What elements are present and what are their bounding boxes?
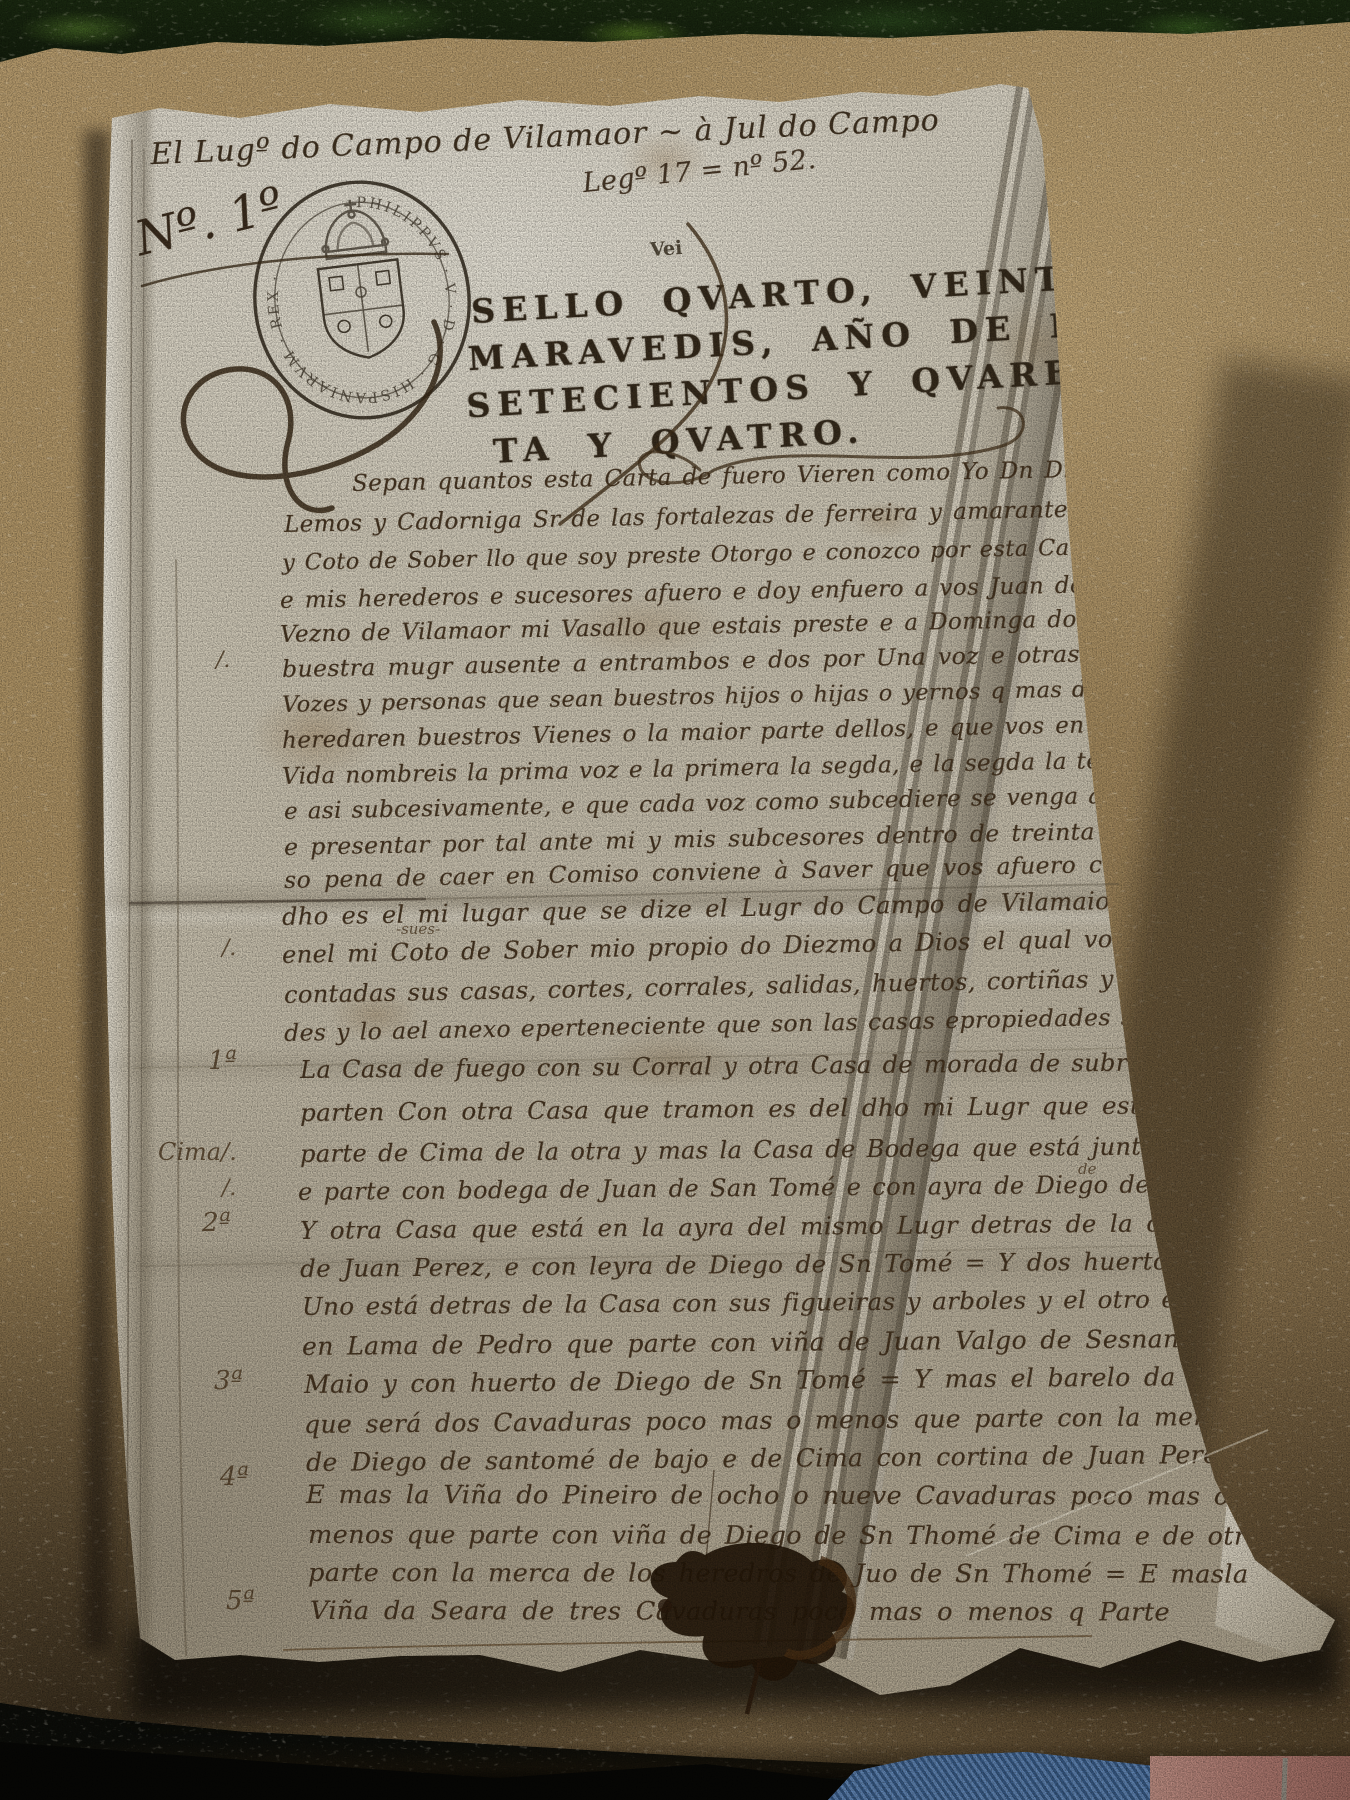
manuscript-line: Y otra Casa que está en la ayra del mism… — [300, 1208, 1204, 1245]
margin-mark: 1ª — [208, 1046, 237, 1076]
manuscript-line: Viña da Seara de tres Cavaduras poco mas… — [310, 1596, 1170, 1628]
margin-mark: 5ª — [226, 1586, 255, 1616]
interlinear-note: de — [1078, 1160, 1096, 1178]
margin-mark: 2ª — [202, 1208, 231, 1238]
manuscript-line: de Diego de santomé de bajo e de Cima co… — [306, 1440, 1267, 1477]
manuscript-line: des y lo ael anexo eperteneciente que so… — [284, 1001, 1200, 1047]
manuscript-line: Maio y con huerto de Diego de Sn Tomé = … — [304, 1362, 1232, 1399]
manuscript-line: en Lama de Pedro que parte con viña de J… — [302, 1324, 1225, 1361]
margin-mark: /. — [222, 936, 236, 961]
margin-mark: 3ª — [214, 1366, 243, 1396]
manuscript-line: heredaren buestros Vienes o la maior par… — [282, 711, 1187, 754]
margin-mark: /. — [216, 648, 230, 673]
manuscript-line: menos que parte con viña de Diego de Sn … — [308, 1520, 1262, 1552]
manuscript-line: contadas sus casas, cortes, corrales, sa… — [284, 963, 1213, 1009]
margin-mark: Cima/. — [158, 1138, 237, 1166]
manuscript-line: parte de Cima de la otra y mas la Casa d… — [300, 1132, 1251, 1168]
photo-of-manuscript: El Lugº do Campo de Vilamaor ~ à Jul do … — [0, 0, 1350, 1800]
margin-mark: /. — [222, 1176, 236, 1201]
manuscript-line: Uno está detras de la Casa con sus figue… — [302, 1284, 1215, 1321]
interlinear-note: -sues- — [396, 920, 440, 938]
terracotta-tile — [1150, 1756, 1350, 1800]
manuscript-line: Lemos y Cadorniga Sr de las fortalezas d… — [284, 495, 1185, 538]
manuscript-line: parten Con otra Casa que tramon es del d… — [300, 1090, 1220, 1127]
manuscript-line: que será dos Cavaduras poco mas o menos … — [304, 1402, 1236, 1439]
printed-seal-heading: SELLO QVARTO, VEINTEMARAVEDIS, AÑO DE MI… — [470, 250, 1152, 475]
printed-small-mark: Vei — [649, 237, 683, 261]
manuscript-line: E mas la Viña do Pineiro de ocho o nueve… — [306, 1480, 1230, 1512]
margin-mark: 4ª — [220, 1462, 249, 1492]
manuscript-line: Vida nombreis la prima voz e la primera … — [282, 747, 1164, 790]
manuscript-line: e parte con bodega de Juan de San Tomé e… — [298, 1170, 1271, 1206]
manuscript-line: parte con la merca de los heredros de Ju… — [308, 1558, 1248, 1590]
manuscript-line: Vozes y personas que sean buestros hijos… — [282, 674, 1206, 718]
